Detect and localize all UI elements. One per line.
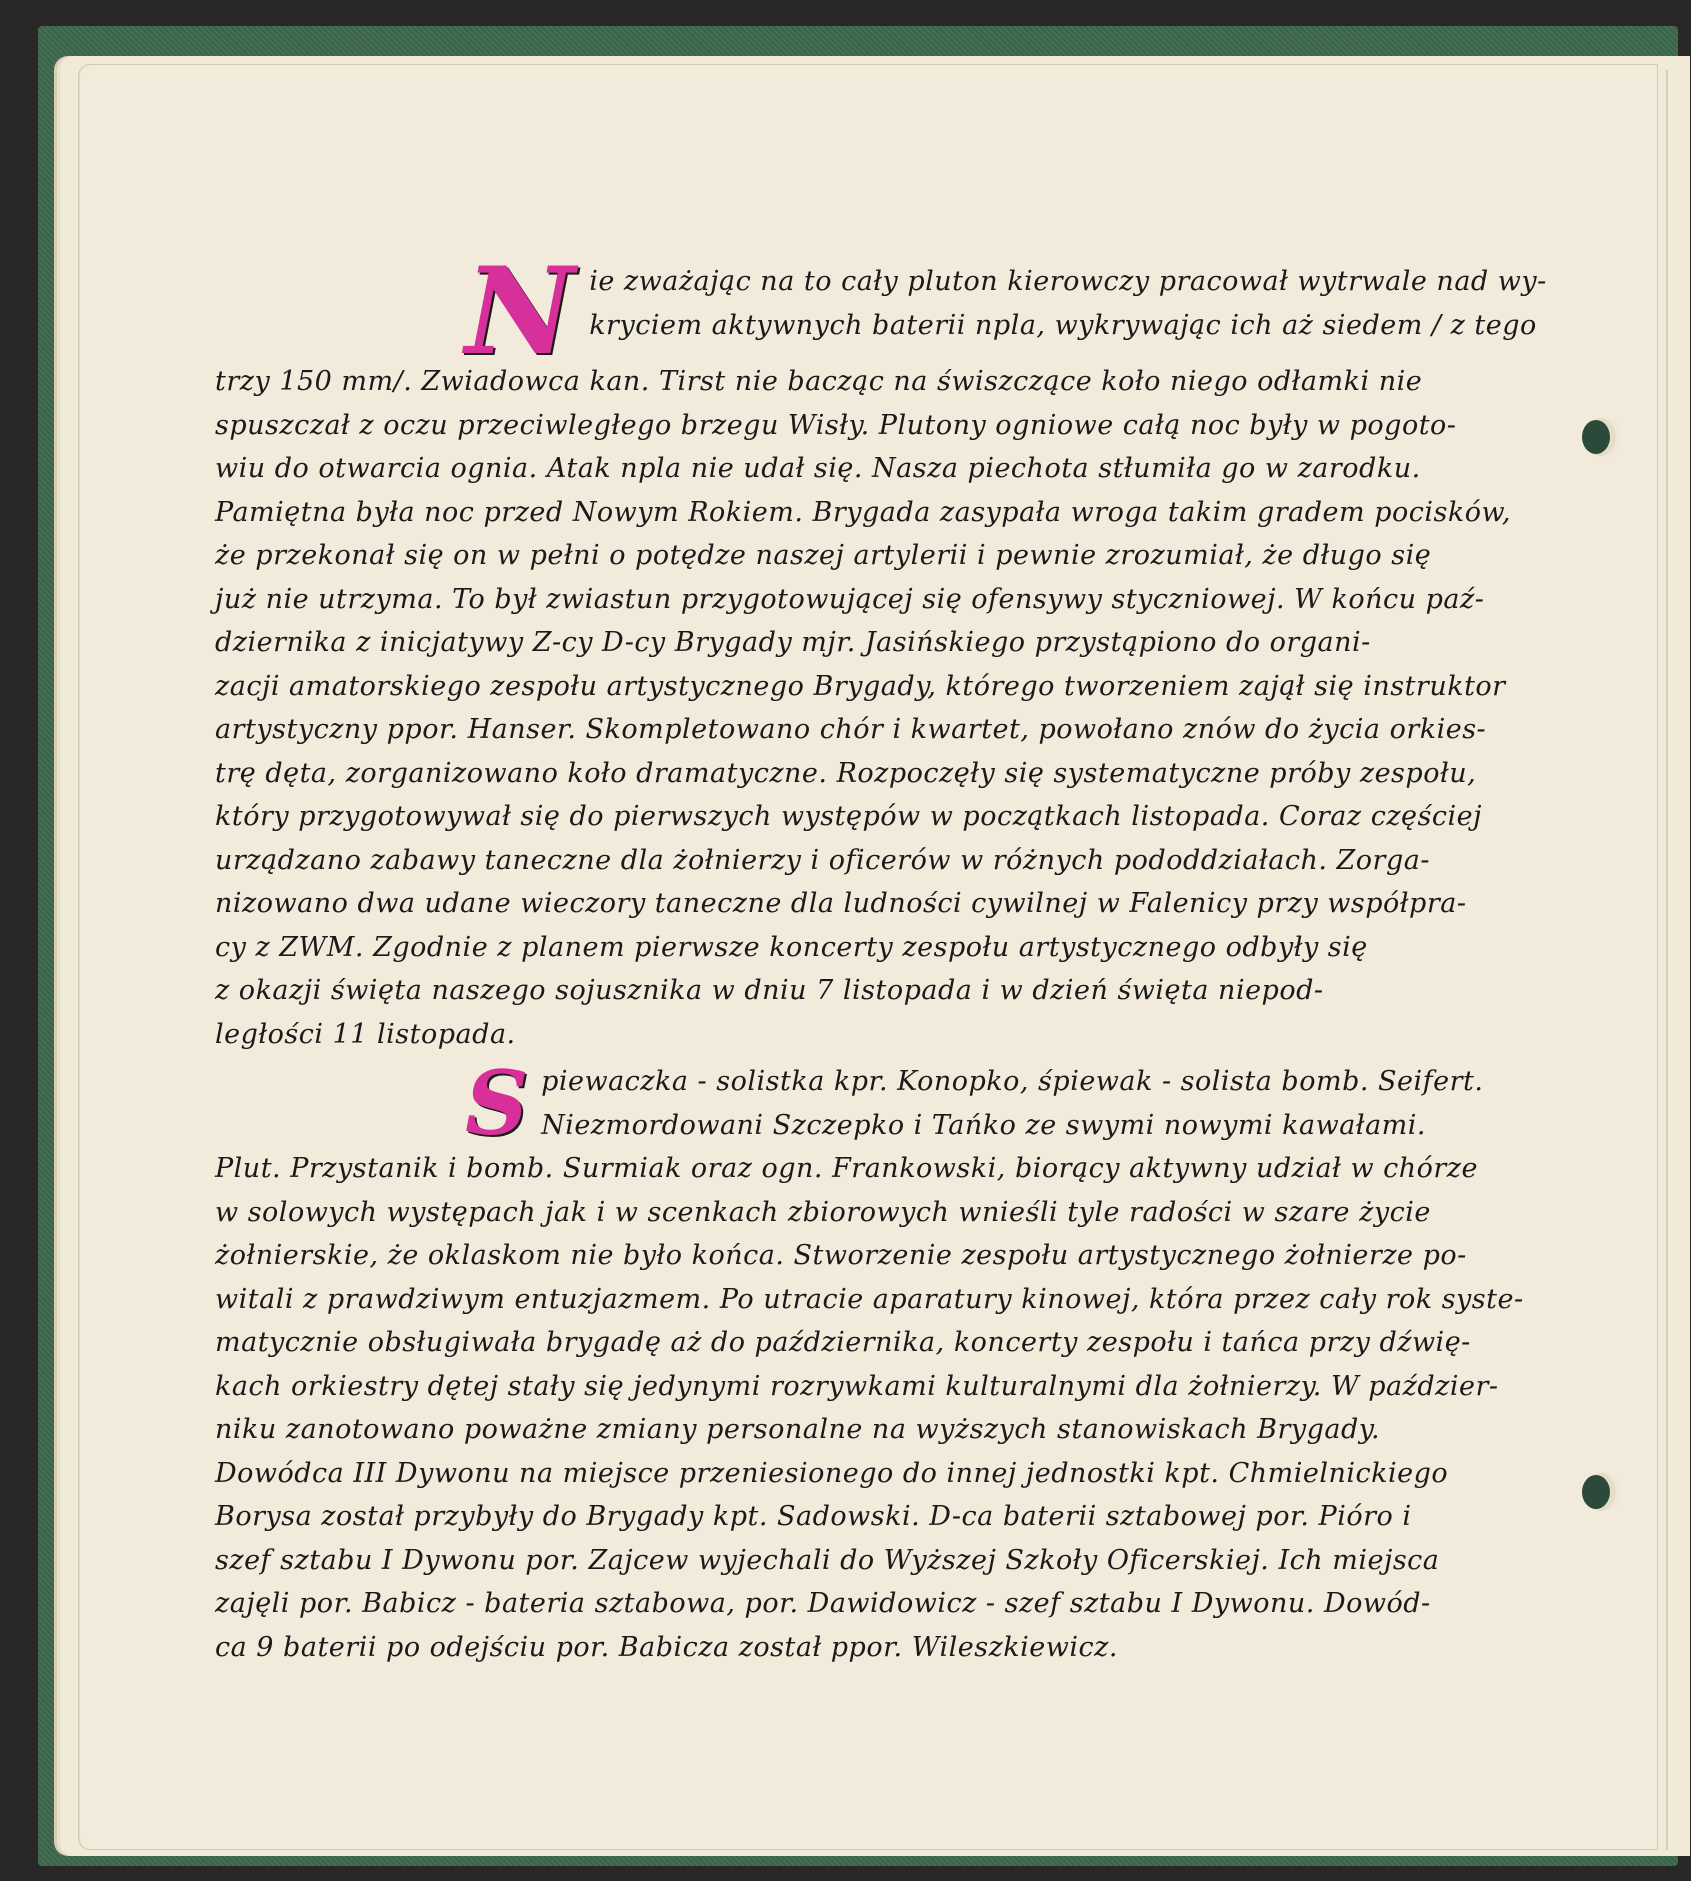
text-line: już nie utrzyma. To był zwiastun przygot… bbox=[215, 578, 1485, 622]
text-line: z okazji święta naszego sojusznika w dni… bbox=[215, 969, 1485, 1013]
text-line: szef sztabu I Dywonu por. Zajcew wyjecha… bbox=[215, 1539, 1485, 1583]
text-line: że przekonał się on w pełni o potędze na… bbox=[215, 534, 1485, 578]
punch-hole-bottom bbox=[1582, 1475, 1610, 1509]
text-line: ległości 11 listopada. bbox=[215, 1013, 1485, 1057]
text-line: Plut. Przystanik i bomb. Surmiak oraz og… bbox=[215, 1147, 1485, 1191]
text-line: ie zważając na to cały pluton kierowczy … bbox=[215, 260, 1485, 304]
text-line: dziernika z inicjatywy Z-cy D-cy Brygady… bbox=[215, 621, 1485, 665]
text-line: witali z prawdziwym entuzjazmem. Po utra… bbox=[215, 1278, 1485, 1322]
text-line: artystyczny ppor. Hanser. Skompletowano … bbox=[215, 708, 1485, 752]
handwritten-text: N ie zważając na to cały pluton kierowcz… bbox=[215, 260, 1485, 1669]
paragraph-1: N ie zważając na to cały pluton kierowcz… bbox=[215, 260, 1485, 1056]
text-line: który przygotowywał się do pierwszych wy… bbox=[215, 795, 1485, 839]
text-line: Borysa został przybyły do Brygady kpt. S… bbox=[215, 1495, 1485, 1539]
paragraph-2: S piewaczka - solistka kpr. Konopko, śpi… bbox=[215, 1060, 1485, 1669]
text-line: Pamiętna była noc przed Nowym Rokiem. Br… bbox=[215, 491, 1485, 535]
text-line: Niezmordowani Szczepko i Tańko ze swymi … bbox=[215, 1104, 1485, 1148]
text-line: niku zanotowano poważne zmiany personaln… bbox=[215, 1408, 1485, 1452]
text-line: trzy 150 mm/. Zwiadowca kan. Tirst nie b… bbox=[215, 360, 1485, 404]
text-line: nizowano dwa udane wieczory taneczne dla… bbox=[215, 882, 1485, 926]
text-line: w solowych występach jak i w scenkach zb… bbox=[215, 1191, 1485, 1235]
text-line: piewaczka - solistka kpr. Konopko, śpiew… bbox=[215, 1060, 1485, 1104]
decorated-initial-n: N bbox=[465, 264, 575, 360]
punch-hole-top bbox=[1582, 420, 1610, 454]
text-line: Dowódca III Dywonu na miejsce przeniesio… bbox=[215, 1452, 1485, 1496]
text-line: urządzano zabawy taneczne dla żołnierzy … bbox=[215, 839, 1485, 883]
text-line: wiu do otwarcia ognia. Atak npla nie uda… bbox=[215, 447, 1485, 491]
text-line: kryciem aktywnych baterii npla, wykrywaj… bbox=[215, 304, 1485, 348]
text-line: ca 9 baterii po odejściu por. Babicza zo… bbox=[215, 1626, 1485, 1670]
text-line: zajęli por. Babicz - bateria sztabowa, p… bbox=[215, 1582, 1485, 1626]
text-line: zacji amatorskiego zespołu artystycznego… bbox=[215, 665, 1485, 709]
text-line: trę dęta, zorganizowano koło dramatyczne… bbox=[215, 752, 1485, 796]
text-line: matycznie obsługiwała brygadę aż do paźd… bbox=[215, 1321, 1485, 1365]
page-fold-line bbox=[1666, 70, 1668, 1850]
text-line: żołnierskie, że oklaskom nie było końca.… bbox=[215, 1234, 1485, 1278]
text-line: spuszczał z oczu przeciwległego brzegu W… bbox=[215, 404, 1485, 448]
text-line: cy z ZWM. Zgodnie z planem pierwsze konc… bbox=[215, 926, 1485, 970]
text-line: kach orkiestry dętej stały się jedynymi … bbox=[215, 1365, 1485, 1409]
decorated-initial-s: S bbox=[465, 1066, 529, 1140]
